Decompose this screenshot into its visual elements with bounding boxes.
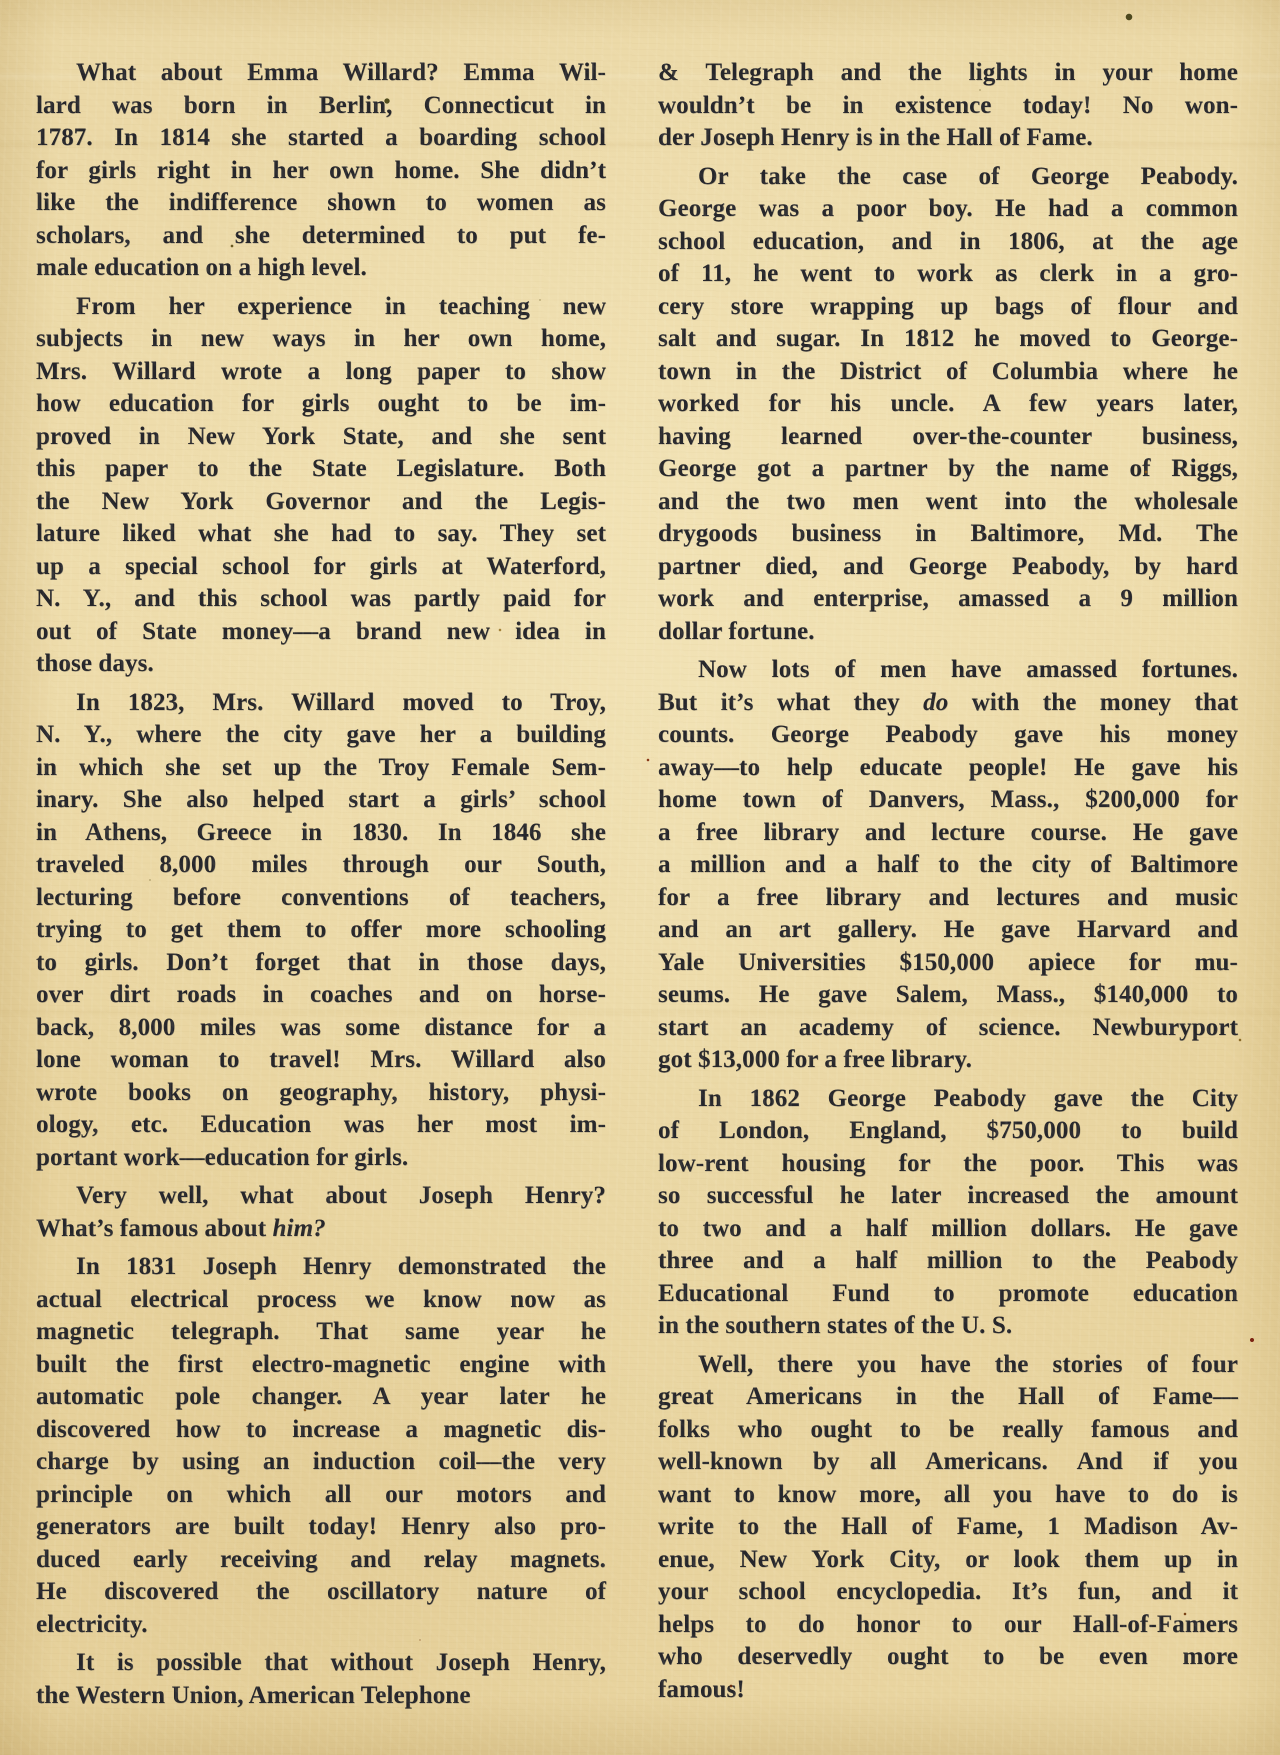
text-line: how education for girls ought to be im- [36,388,606,421]
text-line: counts. George Peabody gave his money [658,719,1238,752]
text-line: generators are built today! Henry also p… [36,1511,606,1544]
text-line: He discovered the oscillatory nature of [36,1576,606,1609]
text-line: In 1862 George Peabody gave the City [658,1083,1238,1116]
text-line: George got a partner by the name of Rigg… [658,453,1238,486]
text-line: and the two men went into the wholesale [658,486,1238,519]
text-line: seums. He gave Salem, Mass., $140,000 to [658,979,1238,1012]
text-line: over dirt roads in coaches and on horse- [36,979,606,1012]
text-line: back, 8,000 miles was some distance for … [36,1012,606,1045]
text-line: write to the Hall of Fame, 1 Madison Av- [658,1511,1238,1544]
text-line: three and a half million to the Peabody [658,1245,1238,1278]
text-line: What about Emma Willard? Emma Wil- [36,57,606,90]
text-line: so successful he later increased the amo… [658,1180,1238,1213]
text-line: and an art gallery. He gave Harvard and [658,914,1238,947]
paragraph: Well, there you have the stories of four… [658,1349,1238,1707]
text-line: traveled 8,000 miles through our South, [36,849,606,882]
text-line: start an academy of science. Newburyport [658,1012,1238,1045]
text-line: wrote books on geography, history, physi… [36,1077,606,1110]
text-line: out of State money—a brand new idea in [36,616,606,649]
text-line: got $13,000 for a free library. [658,1044,1238,1077]
text-line: scholars, and she determined to put fe- [36,220,606,253]
text-line: those days. [36,648,606,681]
text-line: lature liked what she had to say. They s… [36,518,606,551]
text-line: duced early receiving and relay magnets. [36,1544,606,1577]
text-line: your school encyclopedia. It’s fun, and … [658,1576,1238,1609]
text-line: partner died, and George Peabody, by har… [658,551,1238,584]
right-text-column: & Telegraph and the lights in your homew… [658,57,1238,1712]
text-line: N. Y., and this school was partly paid f… [36,583,606,616]
text-line: But it’s what they do with the money tha… [658,687,1238,720]
paragraph: What about Emma Willard? Emma Wil-lard w… [36,57,606,285]
text-line: From her experience in teaching new [36,291,606,324]
text-line: in Athens, Greece in 1830. In 1846 she [36,817,606,850]
text-line: It is possible that without Joseph Henry… [36,1647,606,1680]
text-line: up a special school for girls at Waterfo… [36,551,606,584]
text-line: Well, there you have the stories of four [658,1349,1238,1382]
text-line: having learned over-the-counter business… [658,421,1238,454]
text-line: wouldn’t be in existence today! No won- [658,90,1238,123]
paragraph: In 1823, Mrs. Willard moved to Troy,N. Y… [36,687,606,1175]
text-line: school education, and in 1806, at the ag… [658,226,1238,259]
paragraph: Now lots of men have amassed fortunes.Bu… [658,654,1238,1077]
text-line: Educational Fund to promote education [658,1278,1238,1311]
text-line: in which she set up the Troy Female Sem- [36,752,606,785]
text-line: ology, etc. Education was her most im- [36,1109,606,1142]
text-line: What’s famous about him? [36,1213,606,1246]
text-line: In 1823, Mrs. Willard moved to Troy, [36,687,606,720]
paragraph: It is possible that without Joseph Henry… [36,1647,606,1712]
text-line: work and enterprise, amassed a 9 million [658,583,1238,616]
text-line: worked for his uncle. A few years later, [658,388,1238,421]
text-line: to girls. Don’t forget that in those day… [36,947,606,980]
text-line: trying to get them to offer more schooli… [36,914,606,947]
text-line: this paper to the State Legislature. Bot… [36,453,606,486]
text-line: inary. She also helped start a girls’ sc… [36,784,606,817]
text-line: low-rent housing for the poor. This was [658,1148,1238,1181]
text-line: Or take the case of George Peabody. [658,161,1238,194]
text-line: lecturing before conventions of teachers… [36,882,606,915]
text-line: Very well, what about Joseph Henry? [36,1180,606,1213]
text-line: magnetic telegraph. That same year he [36,1316,606,1349]
text-line: charge by using an induction coil—the ve… [36,1446,606,1479]
text-line: subjects in new ways in her own home, [36,323,606,356]
paragraph: From her experience in teaching newsubje… [36,291,606,681]
text-line: electricity. [36,1609,606,1642]
text-line: proved in New York State, and she sent [36,421,606,454]
text-line: a free library and lecture course. He ga… [658,817,1238,850]
text-line: principle on which all our motors and [36,1479,606,1512]
text-line: cery store wrapping up bags of flour and [658,291,1238,324]
text-line: of London, England, $750,000 to build [658,1115,1238,1148]
text-line: N. Y., where the city gave her a buildin… [36,719,606,752]
text-line: town in the District of Columbia where h… [658,356,1238,389]
text-line: 1787. In 1814 she started a boarding sch… [36,122,606,155]
text-line: the New York Governor and the Legis- [36,486,606,519]
italic-word: do [923,689,948,716]
text-line: in the southern states of the U. S. [658,1310,1238,1343]
text-line: for a free library and lectures and musi… [658,882,1238,915]
magazine-text-page: What about Emma Willard? Emma Wil-lard w… [0,0,1280,1755]
text-line: actual electrical process we know now as [36,1284,606,1317]
text-line: helps to do honor to our Hall-of-Famers [658,1609,1238,1642]
text-line: lard was born in Berlin, Connecticut in [36,90,606,123]
text-line: folks who ought to be really famous and [658,1414,1238,1447]
text-line: well-known by all Americans. And if you [658,1446,1238,1479]
text-line: famous! [658,1674,1238,1707]
text-line: away—to help educate people! He gave his [658,752,1238,785]
text-line: enue, New York City, or look them up in [658,1544,1238,1577]
text-line: great Americans in the Hall of Fame— [658,1381,1238,1414]
paragraph: In 1831 Joseph Henry demonstrated theact… [36,1251,606,1641]
text-line: who deservedly ought to be even more [658,1641,1238,1674]
text-line: home town of Danvers, Mass., $200,000 fo… [658,784,1238,817]
paragraph: Or take the case of George Peabody.Georg… [658,161,1238,649]
text-line: Now lots of men have amassed fortunes. [658,654,1238,687]
paragraph: & Telegraph and the lights in your homew… [658,57,1238,155]
text-line: the Western Union, American Telephone [36,1680,606,1713]
text-line: George was a poor boy. He had a common [658,193,1238,226]
text-line: portant work—education for girls. [36,1142,606,1175]
text-line: dollar fortune. [658,616,1238,649]
text-line: for girls right in her own home. She did… [36,155,606,188]
text-line: & Telegraph and the lights in your home [658,57,1238,90]
left-text-column: What about Emma Willard? Emma Wil-lard w… [36,57,606,1718]
text-line: der Joseph Henry is in the Hall of Fame. [658,122,1238,155]
text-line: drygoods business in Baltimore, Md. The [658,518,1238,551]
text-line: male education on a high level. [36,252,606,285]
text-line: built the first electro-magnetic engine … [36,1349,606,1382]
text-line: a million and a half to the city of Balt… [658,849,1238,882]
italic-word: him? [273,1215,326,1242]
text-line: like the indifference shown to women as [36,187,606,220]
text-line: automatic pole changer. A year later he [36,1381,606,1414]
text-line: lone woman to travel! Mrs. Willard also [36,1044,606,1077]
text-line: salt and sugar. In 1812 he moved to Geor… [658,323,1238,356]
text-line: to two and a half million dollars. He ga… [658,1213,1238,1246]
text-line: of 11, he went to work as clerk in a gro… [658,258,1238,291]
paragraph: Very well, what about Joseph Henry?What’… [36,1180,606,1245]
paragraph: In 1862 George Peabody gave the Cityof L… [658,1083,1238,1343]
text-line: Yale Universities $150,000 apiece for mu… [658,947,1238,980]
text-line: discovered how to increase a magnetic di… [36,1414,606,1447]
text-line: want to know more, all you have to do is [658,1479,1238,1512]
text-line: Mrs. Willard wrote a long paper to show [36,356,606,389]
text-line: In 1831 Joseph Henry demonstrated the [36,1251,606,1284]
